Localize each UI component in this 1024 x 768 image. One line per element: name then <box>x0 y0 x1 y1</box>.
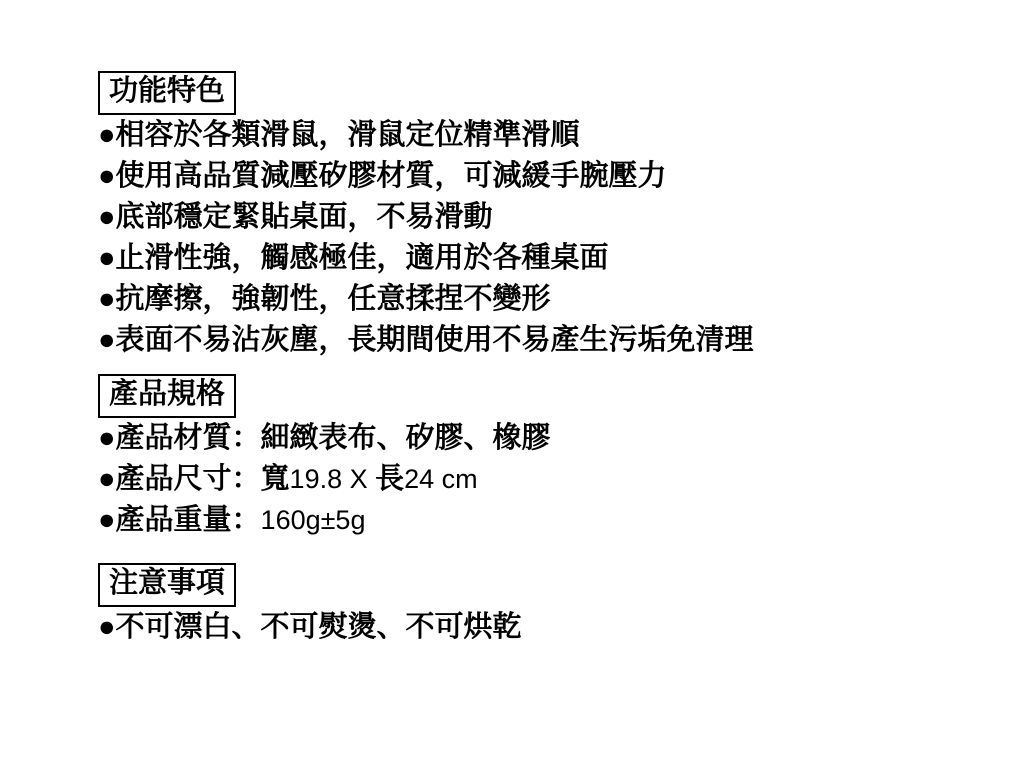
bullet-icon: ● <box>98 119 116 151</box>
item-text-segment: 相容於各類滑鼠，滑鼠定位精準滑順 <box>116 119 580 151</box>
bullet-icon: ● <box>98 611 116 643</box>
item-text-segment: 使用高品質減壓矽膠材質，可減緩手腕壓力 <box>116 160 667 192</box>
spec-material-text: 產品材質：細緻表布、矽膠、橡膠 <box>116 422 551 454</box>
item-text-segment: 抗摩擦，強韌性，任意揉捏不變形 <box>116 283 551 315</box>
list-item: ●產品重量：160g±5g <box>98 500 984 541</box>
bullet-icon: ● <box>98 160 116 192</box>
section-specs: 產品規格 ●產品材質：細緻表布、矽膠、橡膠 ●產品尺寸：寬19.8 X 長24 … <box>98 374 984 541</box>
bullet-icon: ● <box>98 242 116 274</box>
feature-list: ●相容於各類滑鼠，滑鼠定位精準滑順 ●使用高品質減壓矽膠材質，可減緩手腕壓力 ●… <box>98 115 984 361</box>
section-title-specs: 產品規格 <box>98 374 236 418</box>
bullet-icon: ● <box>98 283 116 315</box>
bullet-icon: ● <box>98 463 116 495</box>
list-item: ●不可漂白、不可熨燙、不可烘乾 <box>98 607 984 648</box>
list-item: ●抗摩擦，強韌性，任意揉捏不變形 <box>98 279 984 320</box>
section-title-notes: 注意事項 <box>98 563 236 607</box>
list-item: ●使用高品質減壓矽膠材質，可減緩手腕壓力 <box>98 156 984 197</box>
note-list: ●不可漂白、不可熨燙、不可烘乾 <box>98 607 984 648</box>
section-features: 功能特色 ●相容於各類滑鼠，滑鼠定位精準滑順 ●使用高品質減壓矽膠材質，可減緩手… <box>98 71 984 361</box>
bullet-icon: ● <box>98 324 116 356</box>
spec-weight-value: 160g±5g <box>261 505 366 535</box>
bullet-icon: ● <box>98 422 116 454</box>
bullet-icon: ● <box>98 201 116 233</box>
list-item: ●相容於各類滑鼠，滑鼠定位精準滑順 <box>98 115 984 156</box>
spec-dimensions-label: 產品尺寸：寬 <box>116 463 290 495</box>
section-title-features: 功能特色 <box>98 71 236 115</box>
bullet-icon: ● <box>98 504 116 536</box>
list-item: ●止滑性強，觸感極佳，適用於各種桌面 <box>98 238 984 279</box>
spec-dimensions-length-label: 長 <box>375 463 404 495</box>
list-item: ●底部穩定緊貼桌面，不易滑動 <box>98 197 984 238</box>
list-item: ●產品尺寸：寬19.8 X 長24 cm <box>98 459 984 500</box>
spec-weight-label: 產品重量： <box>116 504 261 536</box>
care-warning-text: 不可漂白、不可熨燙、不可烘乾 <box>116 611 522 643</box>
spec-dimensions-length-value: 24 cm <box>404 464 478 494</box>
spec-list: ●產品材質：細緻表布、矽膠、橡膠 ●產品尺寸：寬19.8 X 長24 cm ●產… <box>98 418 984 541</box>
spec-dimensions-width-value: 19.8 X <box>290 464 376 494</box>
item-text-segment: 止滑性強，觸感極佳，適用於各種桌面 <box>116 242 609 274</box>
section-notes: 注意事項 ●不可漂白、不可熨燙、不可烘乾 <box>98 563 984 648</box>
item-text-segment: 表面不易沾灰塵，長期間使用不易產生污垢免清理 <box>116 324 754 356</box>
list-item: ●產品材質：細緻表布、矽膠、橡膠 <box>98 418 984 459</box>
product-description-page: 功能特色 ●相容於各類滑鼠，滑鼠定位精準滑順 ●使用高品質減壓矽膠材質，可減緩手… <box>0 0 1024 768</box>
item-text-segment: 底部穩定緊貼桌面，不易滑動 <box>116 201 493 233</box>
list-item: ●表面不易沾灰塵，長期間使用不易產生污垢免清理 <box>98 320 984 361</box>
